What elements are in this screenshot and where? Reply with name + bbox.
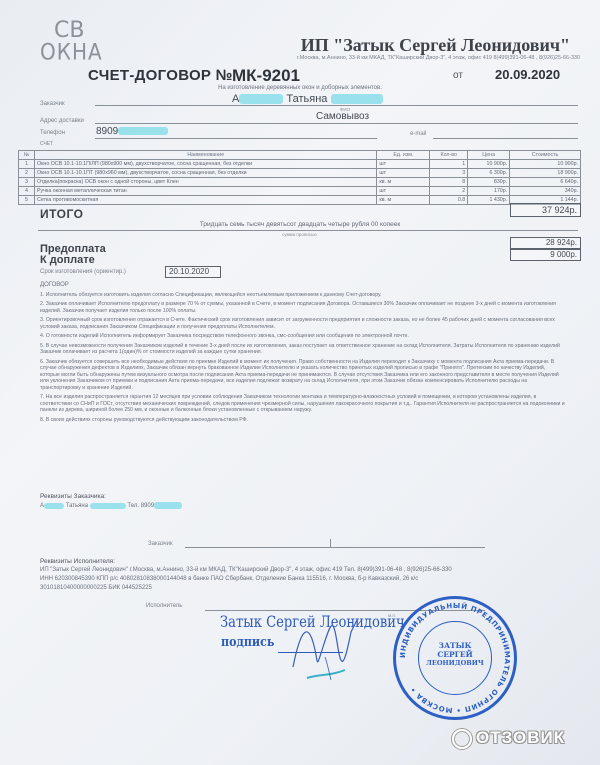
redacted-blur: [331, 94, 383, 104]
customer-name: А Татьяна: [232, 93, 383, 105]
contract-text: ДОГОВОР 1. Исполнитель обязуется изготов…: [40, 282, 565, 426]
row-price: 830р.: [468, 178, 510, 187]
customer-signature-line: [185, 547, 485, 548]
row-unit: шт: [377, 169, 430, 178]
row-cost: 6 640р.: [510, 178, 581, 187]
col-qty: Кол-во: [430, 151, 468, 160]
document-subtitle: На изготовление деревянных окон и доборн…: [0, 85, 600, 91]
row-unit: шт: [377, 160, 430, 169]
date-prefix: от: [453, 70, 463, 81]
phone-underline: [95, 138, 377, 139]
col-name: Наименование: [34, 151, 376, 160]
row-number: 2: [19, 169, 35, 178]
redacted-blur: [44, 503, 64, 509]
contract-clause: 1. Исполнитель обязуется изготовить изде…: [40, 292, 565, 299]
document-number: МК-9201: [232, 66, 300, 86]
signature-podpis-label: подпись: [221, 635, 274, 650]
row-name: Окно ОСВ 10.1-10.1П/ЛП (980х900 мм), дву…: [34, 160, 376, 169]
contract-clause: 6. Заказчик обязуется совершить все необ…: [40, 359, 565, 392]
address-underline: [95, 123, 578, 124]
redacted-blur: [90, 503, 126, 509]
col-unit: Ед. изм.: [377, 151, 430, 160]
customer-requisites-line: А Татьяна Тел. 8909: [40, 502, 182, 510]
table-header-row: № Наименование Ед. изм. Кол-во Цена Стои…: [19, 151, 581, 160]
row-price: 6 300р.: [468, 169, 510, 178]
row-name: Сетка противомоскитная: [34, 196, 376, 205]
row-cost: 18 900р.: [510, 169, 581, 178]
company-seal: ИНДИВИДУАЛЬНЫЙ ПРЕДПРИНИМАТЕЛЬ ОГРНИП • …: [393, 596, 517, 720]
row-number: 3: [19, 178, 35, 187]
row-name: Окно ОСВ 10.1-10.1ПТ (980х960 мм), двухс…: [34, 169, 376, 178]
executor-requisites-line2: ИНН 620300845390 КПП р/с 408028108380001…: [40, 575, 418, 583]
handwritten-signature: [285, 612, 365, 682]
total-value: 37 924р.: [510, 203, 581, 217]
total-label: ИТОГО: [40, 207, 83, 221]
customer-underline: [95, 105, 578, 106]
executor-requisites-line3: 30101810400000000225 БИК 044525225: [40, 584, 152, 592]
row-number: 4: [19, 187, 35, 196]
customer-requisites-heading: Реквизиты Заказчика:: [40, 493, 106, 500]
otzovik-logo-icon: [452, 729, 472, 749]
contract-heading: ДОГОВОР: [40, 282, 565, 289]
contract-clause: 2. Заказчик оплачивает Исполнителю предо…: [40, 301, 565, 314]
customer-signature-label: Заказчик: [148, 541, 173, 547]
row-qty: 0.8: [430, 196, 468, 205]
executor-requisites-heading: Реквизиты Исполнителя:: [40, 558, 115, 565]
production-term-label: Срок изготовления (ориентир.): [40, 269, 126, 275]
col-price: Цена: [468, 151, 510, 160]
contract-clause: 8. В своих действиях стороны руководству…: [40, 417, 565, 424]
executor-signature-label: Исполнитель: [146, 603, 182, 609]
sum-in-words: Тридцать семь тысяч девятьсот двадцать ч…: [0, 221, 600, 228]
row-qty: 8: [430, 178, 468, 187]
otzovik-watermark: ОТЗОВИК: [452, 728, 565, 749]
balance-due-value: 9 000р.: [510, 249, 581, 261]
executor-requisites-line1: ИП "Затык Сергей Леонидович" г.Москва, м…: [40, 566, 580, 574]
row-price: 10 900р.: [468, 160, 510, 169]
row-name: Отделка(покраска) ОСВ окон с одной сторо…: [34, 178, 376, 187]
contract-clause: 3. Ориентировочный срок изготовления отр…: [40, 317, 565, 330]
signature-divider: [330, 539, 331, 547]
row-name: Ручка оконная металлическая титан: [34, 187, 376, 196]
customer-label: Заказчик: [40, 101, 65, 107]
email-label: e-mail: [410, 131, 426, 137]
col-cost: Стоимость: [510, 151, 581, 160]
row-cost: 340р.: [510, 187, 581, 196]
sum-words-underline: [38, 230, 578, 231]
items-table: № Наименование Ед. изм. Кол-во Цена Стои…: [18, 150, 581, 205]
prepayment-value: 28 924р.: [510, 237, 581, 249]
phone-value: 8909: [96, 126, 168, 137]
row-price: 170р.: [468, 187, 510, 196]
table-row: 2Окно ОСВ 10.1-10.1ПТ (980х960 мм), двух…: [19, 169, 581, 178]
document-date: 20.09.2020: [495, 67, 560, 82]
redacted-blur: [154, 502, 182, 509]
row-price: 1 430р.: [468, 196, 510, 205]
email-underline: [433, 138, 578, 139]
contract-clause: 7. На все изделия распространяется гаран…: [40, 394, 565, 414]
row-qty: 3: [430, 169, 468, 178]
delivery-address-value: Самовывоз: [316, 111, 369, 122]
row-unit: кв. м: [377, 196, 430, 205]
company-logo: СВ ОКНА: [40, 20, 103, 62]
row-qty: 2: [430, 187, 468, 196]
row-number: 1: [19, 160, 35, 169]
row-unit: шт: [377, 187, 430, 196]
company-address: г.Москва, м.Аннино, 33-й км МКАД, ТК"Каш…: [180, 55, 580, 61]
delivery-address-label: Адрес доставки: [40, 118, 84, 124]
table-row: 1Окно ОСВ 10.1-10.1П/ЛП (980х900 мм), дв…: [19, 160, 581, 169]
table-row: 3Отделка(покраска) ОСВ окон с одной стор…: [19, 178, 581, 187]
contract-clause: 5. В случае невозможности получения Зака…: [40, 343, 565, 356]
row-unit: кв. м: [377, 178, 430, 187]
contract-clauses: 1. Исполнитель обязуется изготовить изде…: [40, 292, 565, 424]
invoice-contract-page: СВ ОКНА ИП "Затык Сергей Леонидович" г.М…: [0, 0, 600, 765]
table-row: 4Ручка оконная металлическая титаншт2170…: [19, 187, 581, 196]
balance-due-label: К доплате: [40, 254, 95, 266]
redacted-blur: [118, 127, 168, 135]
phone-label: Телефон: [40, 130, 65, 136]
company-name: ИП "Затык Сергей Леонидович": [301, 35, 570, 56]
row-qty: 1: [430, 160, 468, 169]
col-number: №: [19, 151, 35, 160]
invoice-label: СЧЕТ: [40, 141, 53, 147]
row-cost: 10 900р.: [510, 160, 581, 169]
redacted-blur: [239, 94, 283, 104]
contract-clause: 4. О готовности изделий Исполнитель инфо…: [40, 333, 565, 340]
seal-center-text: ЗАТЫК СЕРГЕЙ ЛЕОНИДОВИЧ: [396, 641, 514, 668]
sum-words-caption: сумма прописью: [282, 232, 317, 237]
production-term-value: 20.10.2020: [165, 266, 221, 278]
row-number: 5: [19, 196, 35, 205]
table-row: 5Сетка противомоскитнаякв. м0.81 430р.1 …: [19, 196, 581, 205]
document-title: СЧЕТ-ДОГОВОР №: [88, 67, 233, 84]
